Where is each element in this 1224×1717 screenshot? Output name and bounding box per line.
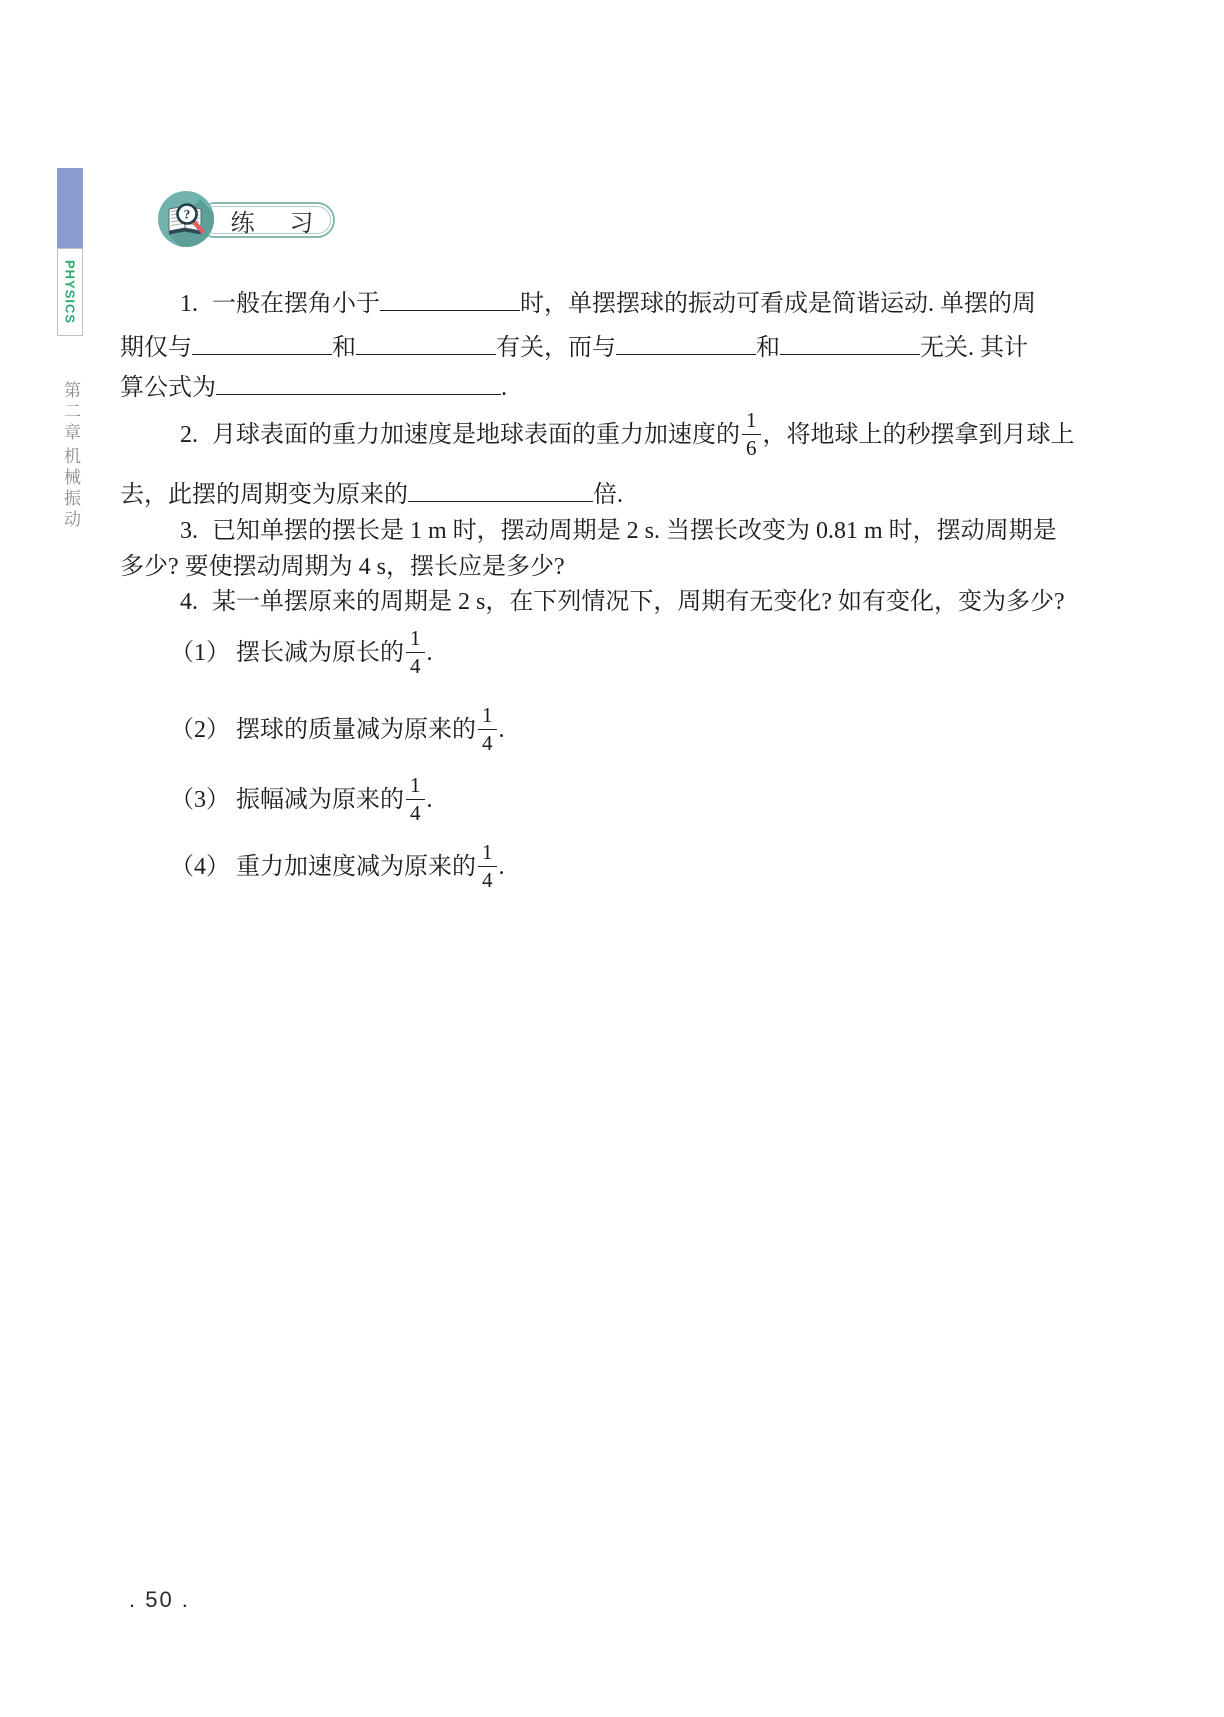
exercise-1-text: 一般在摆角小于 <box>212 291 380 317</box>
fraction-one-quarter: 14 <box>406 775 425 824</box>
item-tail: . <box>499 854 505 880</box>
sidebar-chapter-number: 第二章 <box>57 381 83 444</box>
exercise-2-text: 月球表面的重力加速度是地球表面的重力加速度的 <box>212 422 740 448</box>
exercise-header-pill: 练 习 <box>197 202 335 238</box>
item-text: 振幅减为原来的 <box>236 787 404 813</box>
exercise-3-line-2: 多少? 要使摆动周期为 4 s，摆长应是多少? <box>120 552 1120 582</box>
exercise-header-title: 练 习 <box>231 203 328 238</box>
page-number: . 50 . <box>129 1587 190 1613</box>
exercise-2-text: 去，此摆的周期变为原来的 <box>120 482 408 508</box>
fill-in-blank <box>616 330 756 355</box>
item-label: （3） <box>170 787 230 813</box>
fraction-one-quarter: 14 <box>478 705 497 754</box>
fill-in-blank <box>408 477 593 502</box>
item-label: （2） <box>170 717 230 743</box>
exercise-3-text: 已知单摆的摆长是 1 m 时，摆动周期是 2 s. 当摆长改变为 0.81 m … <box>212 518 1057 544</box>
exercise-1-number: 1. <box>180 291 212 317</box>
exercise-1-text: 无关. 其计 <box>920 335 1028 361</box>
item-text: 重力加速度减为原来的 <box>236 854 476 880</box>
exercise-1-text: 时，单摆摆球的振动可看成是简谐运动. 单摆的周 <box>520 291 1036 317</box>
exercise-1-line-3: 算公式为. <box>120 370 1120 403</box>
exercise-1-line-2: 期仅与和有关，而与和无关. 其计 <box>120 330 1120 363</box>
fraction-one-quarter: 14 <box>406 628 425 677</box>
sidebar-physics-label: PHYSICS <box>63 260 78 324</box>
item-tail: . <box>427 640 433 666</box>
item-tail: . <box>499 717 505 743</box>
sidebar-chapter-title: 机械振动 <box>57 447 83 531</box>
item-tail: . <box>427 787 433 813</box>
exercise-2-line-1: 2.月球表面的重力加速度是地球表面的重力加速度的16，将地球上的秒摆拿到月球上 <box>120 412 1180 461</box>
item-text: 摆球的质量减为原来的 <box>236 717 476 743</box>
fill-in-blank <box>380 286 520 311</box>
exercise-4-item-3: （3） 振幅减为原来的14. <box>120 777 1170 826</box>
item-text: 摆长减为原长的 <box>236 640 404 666</box>
exercise-3-line-1: 3.已知单摆的摆长是 1 m 时，摆动周期是 2 s. 当摆长改变为 0.81 … <box>120 516 1180 546</box>
fill-in-blank <box>780 330 920 355</box>
exercise-4-item-2: （2） 摆球的质量减为原来的14. <box>120 707 1170 756</box>
exercise-2-number: 2. <box>180 422 212 448</box>
exercise-header-pill-inner: 练 习 <box>201 206 331 234</box>
exercise-2-text: ，将地球上的秒摆拿到月球上 <box>763 422 1075 448</box>
sidebar-blue-bar <box>57 168 83 248</box>
item-label: （1） <box>170 640 230 666</box>
fraction-one-sixth: 16 <box>742 410 761 459</box>
exercise-4-text: 某一单摆原来的周期是 2 s，在下列情况下，周期有无变化? 如有变化，变为多少? <box>212 589 1065 615</box>
exercise-4-number: 4. <box>180 589 212 615</box>
item-label: （4） <box>170 854 230 880</box>
exercise-1-text: 和 <box>756 335 780 361</box>
fill-in-blank <box>216 370 501 395</box>
fill-in-blank <box>192 330 332 355</box>
svg-text:?: ? <box>184 207 191 222</box>
exercise-1-text: 和 <box>332 335 356 361</box>
book-magnifier-icon: ? <box>157 190 215 248</box>
exercise-2-line-2: 去，此摆的周期变为原来的倍. <box>120 477 1120 510</box>
exercise-4-line-1: 4.某一单摆原来的周期是 2 s，在下列情况下，周期有无变化? 如有变化，变为多… <box>120 587 1180 617</box>
exercise-1-line-1: 1.一般在摆角小于时，单摆摆球的振动可看成是简谐运动. 单摆的周 <box>120 286 1180 319</box>
sidebar-physics-box: PHYSICS <box>57 248 83 336</box>
exercise-1-text: . <box>501 375 507 401</box>
exercise-4-item-4: （4） 重力加速度减为原来的14. <box>120 844 1170 893</box>
fill-in-blank <box>356 330 496 355</box>
exercise-4-item-1: （1） 摆长减为原长的14. <box>120 630 1170 679</box>
exercise-3-number: 3. <box>180 518 212 544</box>
exercise-1-text: 算公式为 <box>120 375 216 401</box>
exercise-2-text: 倍. <box>593 482 623 508</box>
fraction-one-quarter: 14 <box>478 842 497 891</box>
exercise-1-text: 期仅与 <box>120 335 192 361</box>
exercise-1-text: 有关，而与 <box>496 335 616 361</box>
